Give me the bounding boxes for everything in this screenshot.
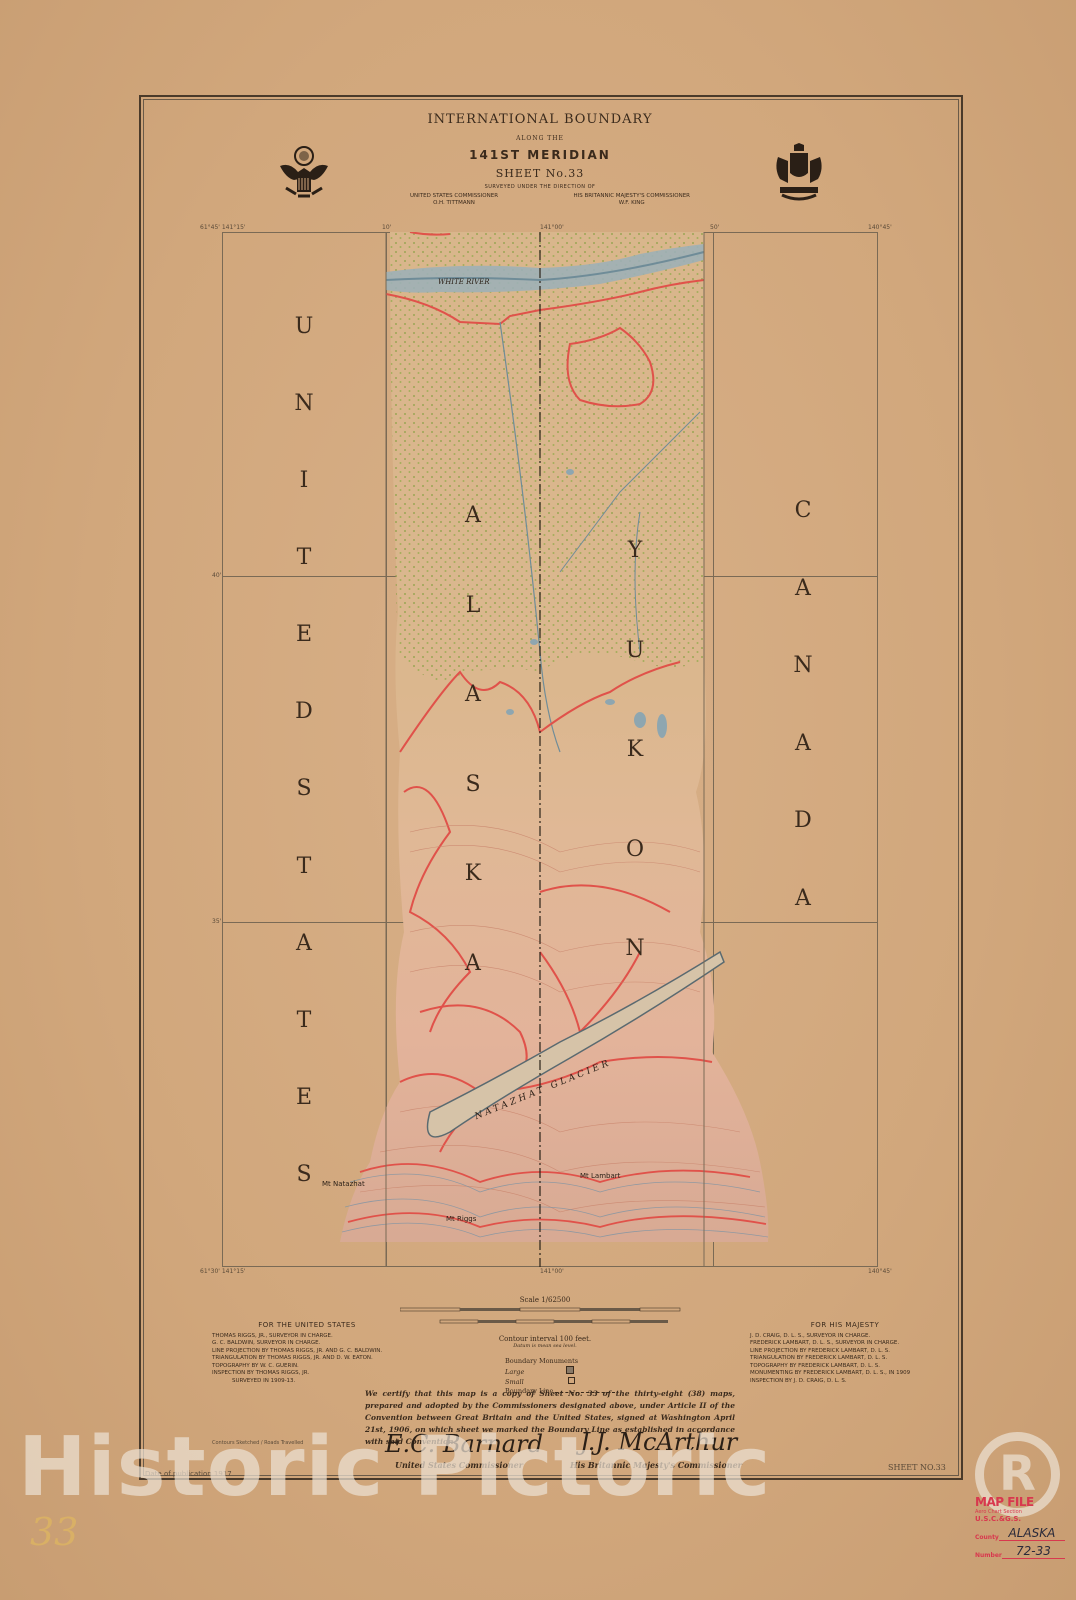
- small-monument-icon: [568, 1377, 575, 1384]
- label-united-states: UNITEDSTATES: [291, 316, 317, 1186]
- county-value: ALASKA: [999, 1526, 1065, 1541]
- commissioners-row: UNITED STATES COMMISSIONER O.H. TITTMANN…: [410, 193, 690, 207]
- tick-left-35: 35': [212, 918, 221, 925]
- peak-riggs: Mt Riggs: [446, 1215, 476, 1223]
- title-block: INTERNATIONAL BOUNDARY ALONG THE 141ST M…: [380, 110, 700, 190]
- sheet-label-footer: SHEET NO.33: [888, 1463, 946, 1472]
- large-monument-icon: [566, 1366, 574, 1374]
- surveyed-under: SURVEYED UNDER THE DIRECTION OF: [380, 184, 700, 190]
- tick-top-10: 10': [382, 224, 391, 231]
- peak-lambart: Mt Lambart: [580, 1172, 620, 1180]
- tick-top-left: 61°45' 141°15': [200, 224, 246, 231]
- tick-top-50: 50': [710, 224, 719, 231]
- credits-united-states: FOR THE UNITED STATES THOMAS RIGGS, JR.,…: [212, 1322, 402, 1385]
- tick-top-right: 140°45': [868, 224, 892, 231]
- pencil-annotation: 33: [30, 1510, 78, 1554]
- map-file-stamp: MAP FILE Aero Chart Section U.S.C.&G.S. …: [975, 1495, 1065, 1559]
- title-along: ALONG THE: [380, 135, 700, 142]
- tick-bottom-right: 140°45': [868, 1268, 892, 1275]
- river-label: WHITE RIVER: [438, 278, 490, 286]
- tick-bottom-center: 141°00': [540, 1268, 564, 1275]
- contour-interval: Contour interval 100 feet.: [400, 1335, 690, 1343]
- sheet-number: SHEET No.33: [380, 167, 700, 180]
- scale-legend: Scale 1/62500 Contour interval 100 feet.…: [400, 1296, 690, 1396]
- watermark-text: Historic Pictoric: [18, 1420, 771, 1515]
- label-alaska: ALASKA: [460, 505, 486, 975]
- number-value: 72-33: [1002, 1544, 1065, 1559]
- title-meridian: 141ST MERIDIAN: [380, 148, 700, 162]
- label-canada: CANADA: [790, 500, 816, 910]
- label-yukon: YUKON: [622, 540, 648, 960]
- scale-title: Scale 1/62500: [400, 1296, 690, 1304]
- peak-natazhat: Mt Natazhat: [322, 1180, 365, 1188]
- datum-note: Datum is mean sea level.: [400, 1343, 690, 1349]
- tick-top-center: 141°00': [540, 224, 564, 231]
- credits-his-majesty: FOR HIS MAJESTY J. D. CRAIG, D. L. S., S…: [750, 1322, 940, 1385]
- eagle-seal-icon: [276, 144, 332, 209]
- tick-bottom-left: 61°30' 141°15': [200, 1268, 246, 1275]
- us-commissioner: UNITED STATES COMMISSIONER O.H. TITTMANN: [410, 193, 498, 207]
- scale-bars: [400, 1304, 690, 1330]
- royal-arms-icon: [772, 143, 826, 210]
- map-title: INTERNATIONAL BOUNDARY: [380, 112, 700, 127]
- tick-left-40: 40': [212, 572, 221, 579]
- topographic-map-strip: [340, 232, 790, 1267]
- uk-commissioner: HIS BRITANNIC MAJESTY'S COMMISSIONER W.F…: [573, 193, 690, 207]
